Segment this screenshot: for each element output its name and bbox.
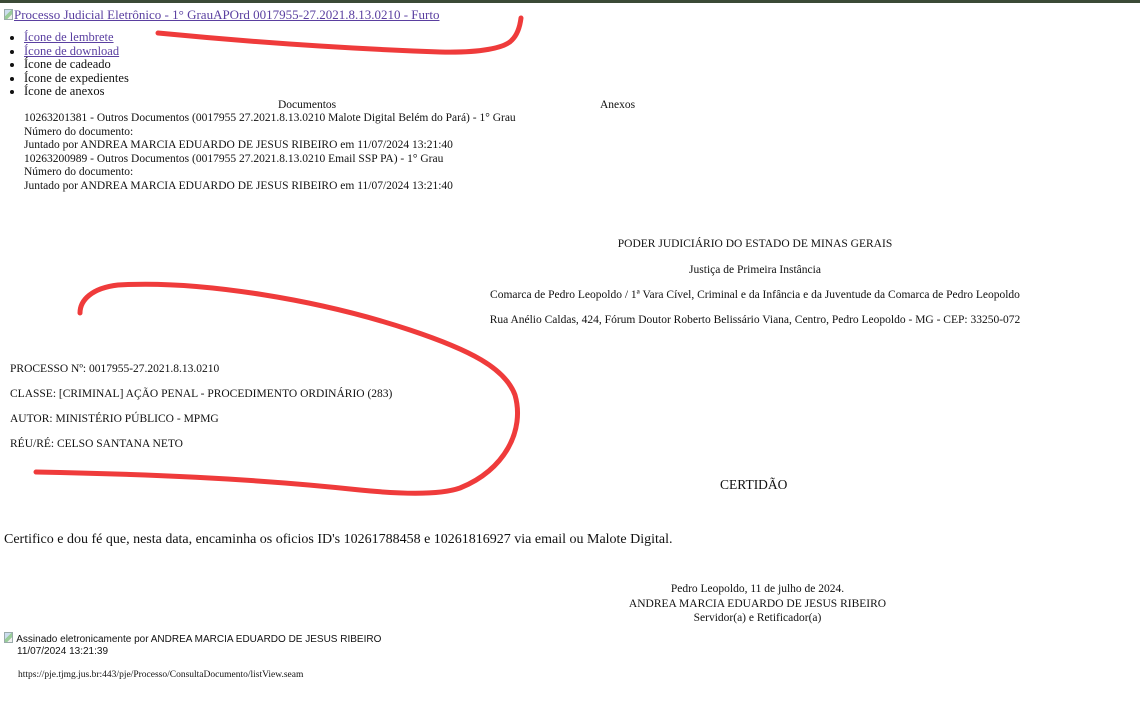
court-name: PODER JUDICIÁRIO DO ESTADO DE MINAS GERA…: [420, 238, 1090, 250]
list-item: Ícone de expedientes: [24, 72, 129, 86]
dispatches-icon-label: Ícone de expedientes: [24, 71, 129, 85]
red-annotation-strokes: [0, 0, 1140, 720]
list-item: Ícone de anexos: [24, 85, 129, 99]
process-title-link[interactable]: Processo Judicial Eletrônico - 1° GrauAP…: [14, 7, 439, 22]
document-number-label: Número do documento:: [24, 126, 516, 140]
signature-place-date: Pedro Leopoldo, 11 de julho de 2024.: [580, 582, 935, 597]
annotation-underline-stroke: [158, 18, 521, 52]
court-address: Rua Anélio Caldas, 424, Fórum Doutor Rob…: [420, 314, 1090, 326]
list-item: Ícone de cadeado: [24, 58, 129, 72]
document-url: https://pje.tjmg.jus.br:443/pje/Processo…: [18, 670, 303, 680]
attachments-icon-label: Ícone de anexos: [24, 84, 105, 98]
electronic-signature-datetime: 11/07/2024 13:21:39: [4, 646, 108, 657]
document-title[interactable]: 10263200989 - Outros Documentos (0017955…: [24, 153, 516, 167]
certificate-title: CERTIDÃO: [720, 477, 787, 493]
top-bar: [0, 0, 1140, 3]
process-author: AUTOR: MINISTÉRIO PÚBLICO - MPMG: [10, 413, 219, 425]
signature-role: Servidor(a) e Retificador(a): [580, 611, 935, 626]
document-title[interactable]: 10263201381 - Outros Documentos (0017955…: [24, 112, 516, 126]
list-item: Ícone de download: [24, 45, 129, 59]
list-item: Ícone de lembrete: [24, 31, 129, 45]
court-instance: Justiça de Primeira Instância: [420, 264, 1090, 276]
process-class: CLASSE: [CRIMINAL] AÇÃO PENAL - PROCEDIM…: [10, 388, 392, 400]
document-joined-info: Juntado por ANDREA MARCIA EDUARDO DE JES…: [24, 139, 516, 153]
lock-icon-label: Ícone de cadeado: [24, 57, 111, 71]
documents-list: 10263201381 - Outros Documentos (0017955…: [24, 112, 516, 193]
attachments-column-header: Anexos: [600, 99, 635, 111]
electronic-signature: Assinado eletronicamente por ANDREA MARC…: [4, 632, 381, 658]
electronic-signature-text: Assinado eletronicamente por ANDREA MARC…: [16, 634, 381, 645]
reminder-icon-link[interactable]: Ícone de lembrete: [24, 30, 114, 44]
certificate-text: Certifico e dou fé que, nesta data, enca…: [4, 532, 673, 548]
process-number: PROCESSO Nº: 0017955-27.2021.8.13.0210: [10, 363, 219, 375]
signature-name: ANDREA MARCIA EDUARDO DE JESUS RIBEIRO: [580, 597, 935, 612]
broken-image-icon: [4, 9, 13, 20]
download-icon-link[interactable]: Ícone de download: [24, 44, 119, 58]
process-defendant: RÉU/RÉ: CELSO SANTANA NETO: [10, 438, 183, 450]
icon-list: Ícone de lembrete Ícone de download Ícon…: [8, 31, 129, 99]
broken-image-icon: [4, 632, 13, 643]
documents-column-header: Documentos: [278, 99, 336, 111]
page-header: Processo Judicial Eletrônico - 1° GrauAP…: [4, 7, 439, 23]
document-joined-info: Juntado por ANDREA MARCIA EDUARDO DE JES…: [24, 180, 516, 194]
court-district: Comarca de Pedro Leopoldo / 1ª Vara Cíve…: [420, 289, 1090, 301]
signature-block: Pedro Leopoldo, 11 de julho de 2024. AND…: [580, 582, 935, 626]
document-number-label: Número do documento:: [24, 166, 516, 180]
